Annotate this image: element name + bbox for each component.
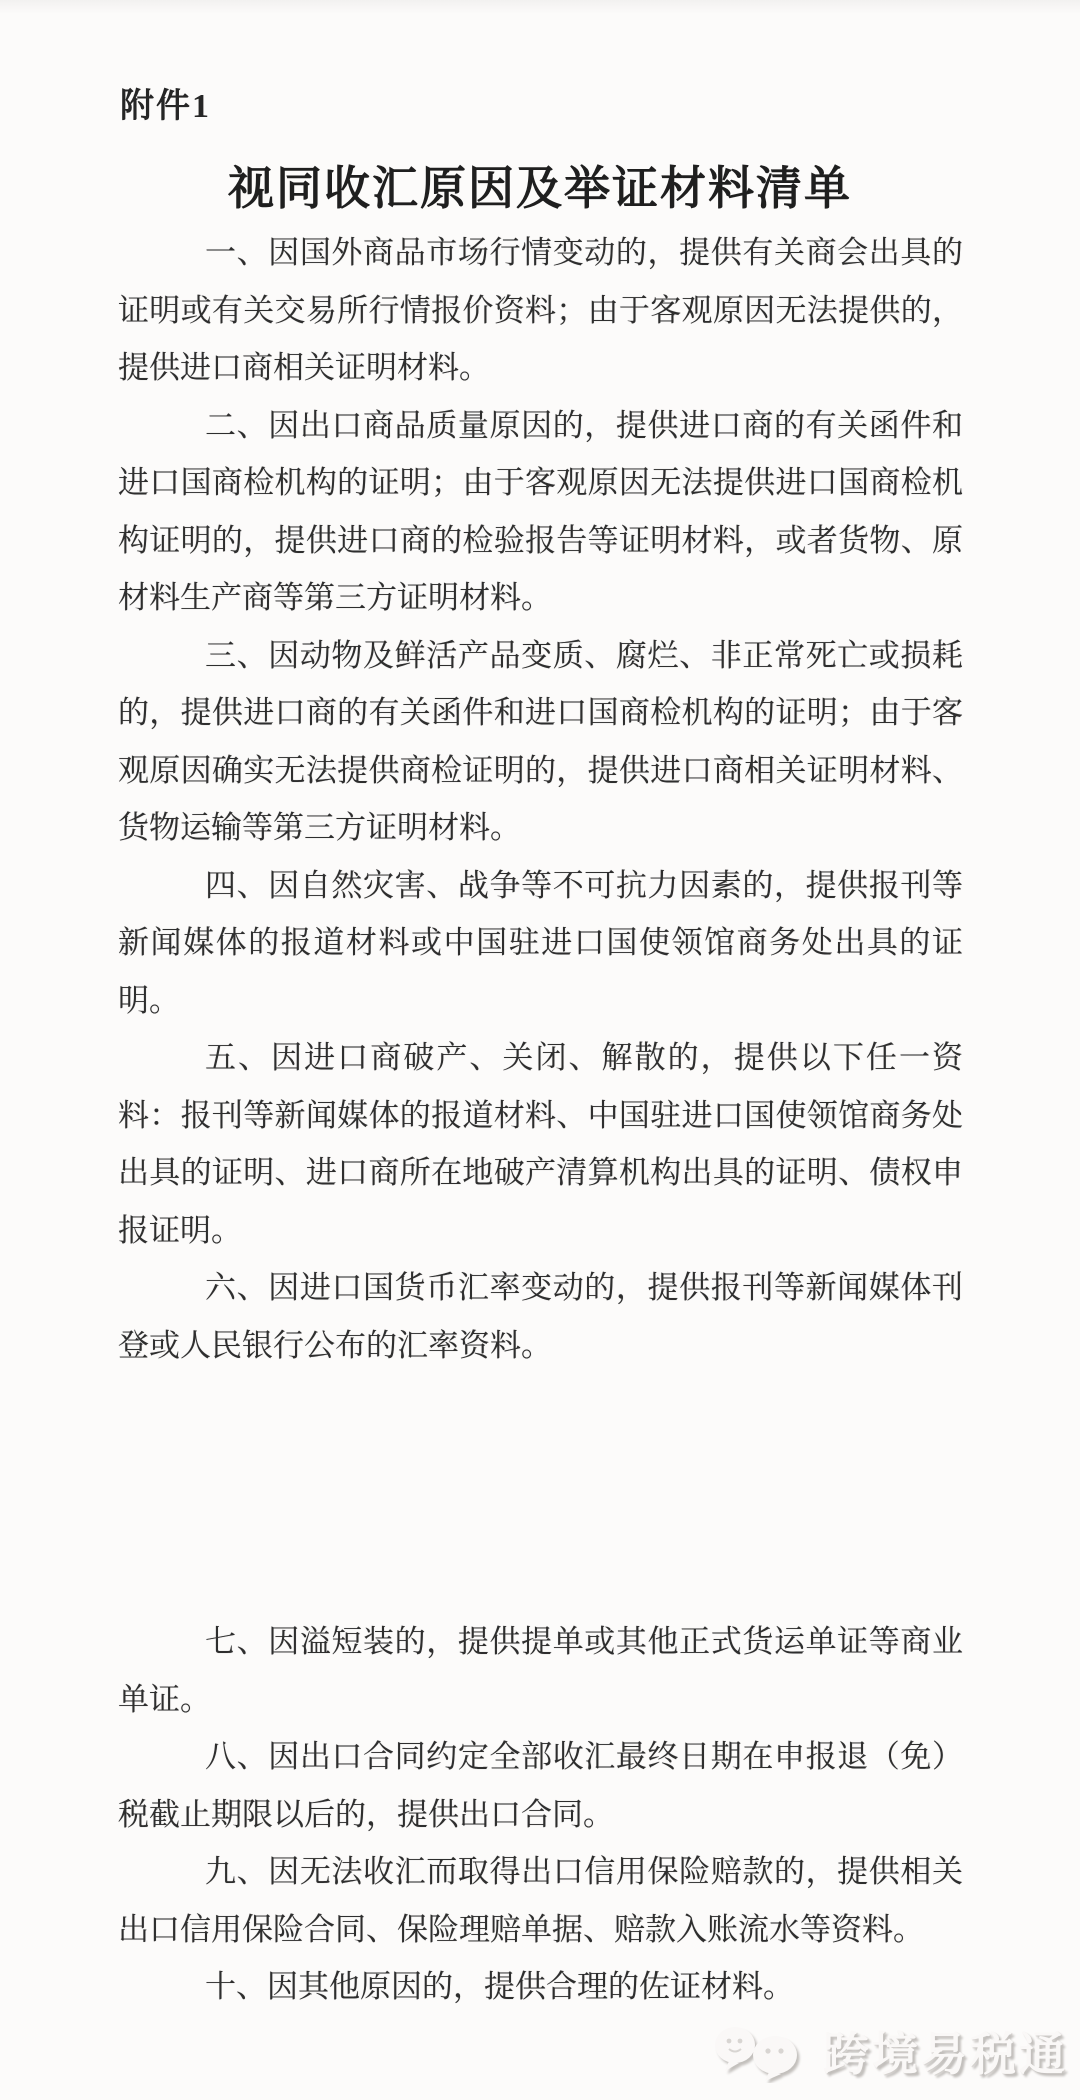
scanned-document-page: 附件1 视同收汇原因及举证材料清单 一、因国外商品市场行情变动的，提供有关商会出… (0, 0, 1080, 2100)
chat-bubbles-icon (709, 2019, 819, 2083)
paragraph: 八、因出口合同约定全部收汇最终日期在申报退（免）税截止期限以后的，提供出口合同。 (118, 1728, 963, 1843)
paragraph: 四、因自然灾害、战争等不可抗力因素的，提供报刊等新闻媒体的报道材料或中国驻进口国… (118, 857, 963, 1030)
brand-watermark: 跨境易税通 (709, 2018, 1068, 2084)
brand-watermark-text: 跨境易税通 (823, 2018, 1068, 2084)
paragraph: 三、因动物及鲜活产品变质、腐烂、非正常死亡或损耗的，提供进口商的有关函件和进口国… (118, 627, 963, 857)
paragraph: 九、因无法收汇而取得出口信用保险赔款的，提供相关出口信用保险合同、保险理赔单据、… (118, 1843, 963, 1958)
body-section-page-2: 七、因溢短装的，提供提单或其他正式货运单证等商业单证。八、因出口合同约定全部收汇… (118, 1613, 963, 2016)
attachment-label: 附件1 (120, 78, 211, 127)
paragraph: 一、因国外商品市场行情变动的，提供有关商会出具的证明或有关交易所行情报价资料；由… (118, 224, 963, 397)
paragraph: 五、因进口商破产、关闭、解散的，提供以下任一资料：报刊等新闻媒体的报道材料、中国… (118, 1029, 963, 1259)
paragraph: 二、因出口商品质量原因的，提供进口商的有关函件和进口国商检机构的证明；由于客观原… (118, 397, 963, 627)
paragraph: 六、因进口国货币汇率变动的，提供报刊等新闻媒体刊登或人民银行公布的汇率资料。 (118, 1259, 963, 1374)
body-section-page-1: 一、因国外商品市场行情变动的，提供有关商会出具的证明或有关交易所行情报价资料；由… (118, 224, 963, 1374)
paragraph: 十、因其他原因的，提供合理的佐证材料。 (118, 1958, 963, 2016)
document-title: 视同收汇原因及举证材料清单 (0, 152, 1080, 218)
paragraph: 七、因溢短装的，提供提单或其他正式货运单证等商业单证。 (118, 1613, 963, 1728)
